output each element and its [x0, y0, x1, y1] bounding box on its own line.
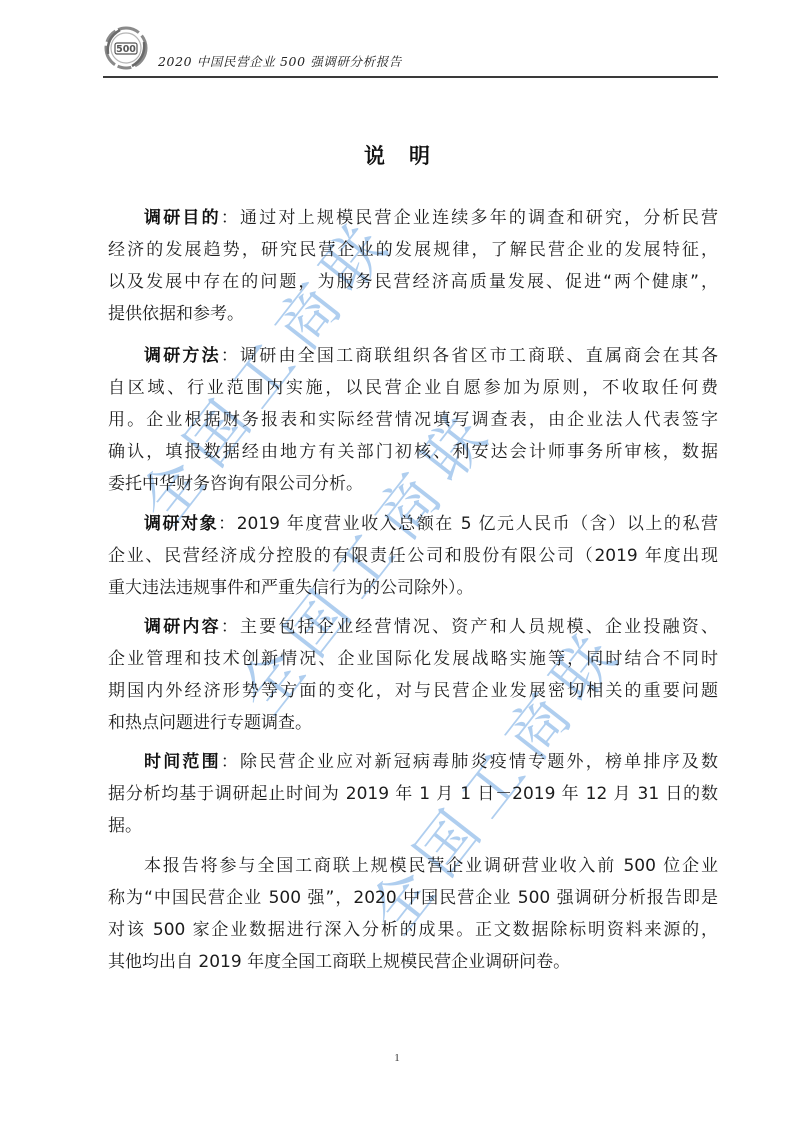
paragraph-line: 企业、民营经济成分控股的有限责任公司和股份有限公司（2019 年度出现 [108, 543, 718, 569]
paragraph-line: 经济的发展趋势，研究民营企业的发展规律，了解民营企业的发展特征， [108, 237, 718, 263]
paragraph-line: 重大违法违规事件和严重失信行为的公司除外）。 [108, 575, 718, 601]
section-label: 调研目的 [144, 208, 221, 228]
page-title: 说明 [0, 140, 794, 170]
paragraph-line: 用。企业根据财务报表和实际经营情况填写调查表，由企业法人代表签字 [108, 407, 718, 433]
section-label: 时间范围 [144, 752, 221, 772]
section-label: 调研对象 [144, 514, 218, 534]
paragraph-line: 调研对象：2019 年度营业收入总额在 5 亿元人民币（含）以上的私营 [144, 511, 718, 537]
paragraph-line: 企业管理和技术创新情况、企业国际化发展战略实施等，同时结合不同时 [108, 646, 718, 672]
paragraph-line: 自区域、行业范围内实施，以民营企业自愿参加为原则，不收取任何费 [108, 375, 718, 401]
paragraph-line: 和热点问题进行专题调查。 [108, 710, 718, 736]
paragraph-line: 对该 500 家企业数据进行深入分析的成果。正文数据除标明资料来源的， [108, 917, 718, 943]
paragraph-line: 确认，填报数据经由地方有关部门初核、利安达会计师事务所审核，数据 [108, 439, 718, 465]
paragraph-line: 时间范围：除民营企业应对新冠病毒肺炎疫情专题外，榜单排序及数 [144, 749, 718, 775]
paragraph-line: 委托中华财务咨询有限公司分析。 [108, 471, 718, 497]
paragraph-line: 其他均出自 2019 年度全国工商联上规模民营企业调研问卷。 [108, 949, 718, 975]
svg-text:500: 500 [116, 44, 136, 55]
section-label: 调研内容 [144, 617, 221, 637]
paragraph-line: 本报告将参与全国工商联上规模民营企业调研营业收入前 500 位企业 [144, 853, 718, 879]
paragraph-line: 据。 [108, 813, 718, 839]
paragraph-line: 调研内容：主要包括企业经营情况、资产和人员规模、企业投融资、 [144, 614, 718, 640]
section-label: 调研方法 [144, 346, 221, 366]
header-divider [103, 76, 718, 78]
paragraph-line: 调研目的：通过对上规模民营企业连续多年的调查和研究，分析民营 [144, 205, 718, 231]
paragraph-line: 称为“中国民营企业 500 强”，2020 中国民营企业 500 强调研分析报告… [108, 885, 718, 911]
paragraph-line: 提供依据和参考。 [108, 301, 718, 327]
paragraph-line: 调研方法：调研由全国工商联组织各省区市工商联、直属商会在其各 [144, 343, 718, 369]
running-header-title: 2020 中国民营企业 500 强调研分析报告 [158, 52, 402, 70]
top500-badge-icon: 500 [102, 24, 150, 72]
page-number: 1 [0, 1052, 794, 1064]
paragraph-line: 据分析均基于调研起止时间为 2019 年 1 月 1 日－2019 年 12 月… [108, 781, 718, 807]
paragraph-line: 期国内外经济形势等方面的变化，对与民营企业发展密切相关的重要问题 [108, 678, 718, 704]
paragraph-line: 以及发展中存在的问题，为服务民营经济高质量发展、促进“两个健康”， [108, 269, 718, 295]
document-page: 500 2020 中国民营企业 500 强调研分析报告 全国工商联 全国工商联 … [0, 0, 794, 1123]
